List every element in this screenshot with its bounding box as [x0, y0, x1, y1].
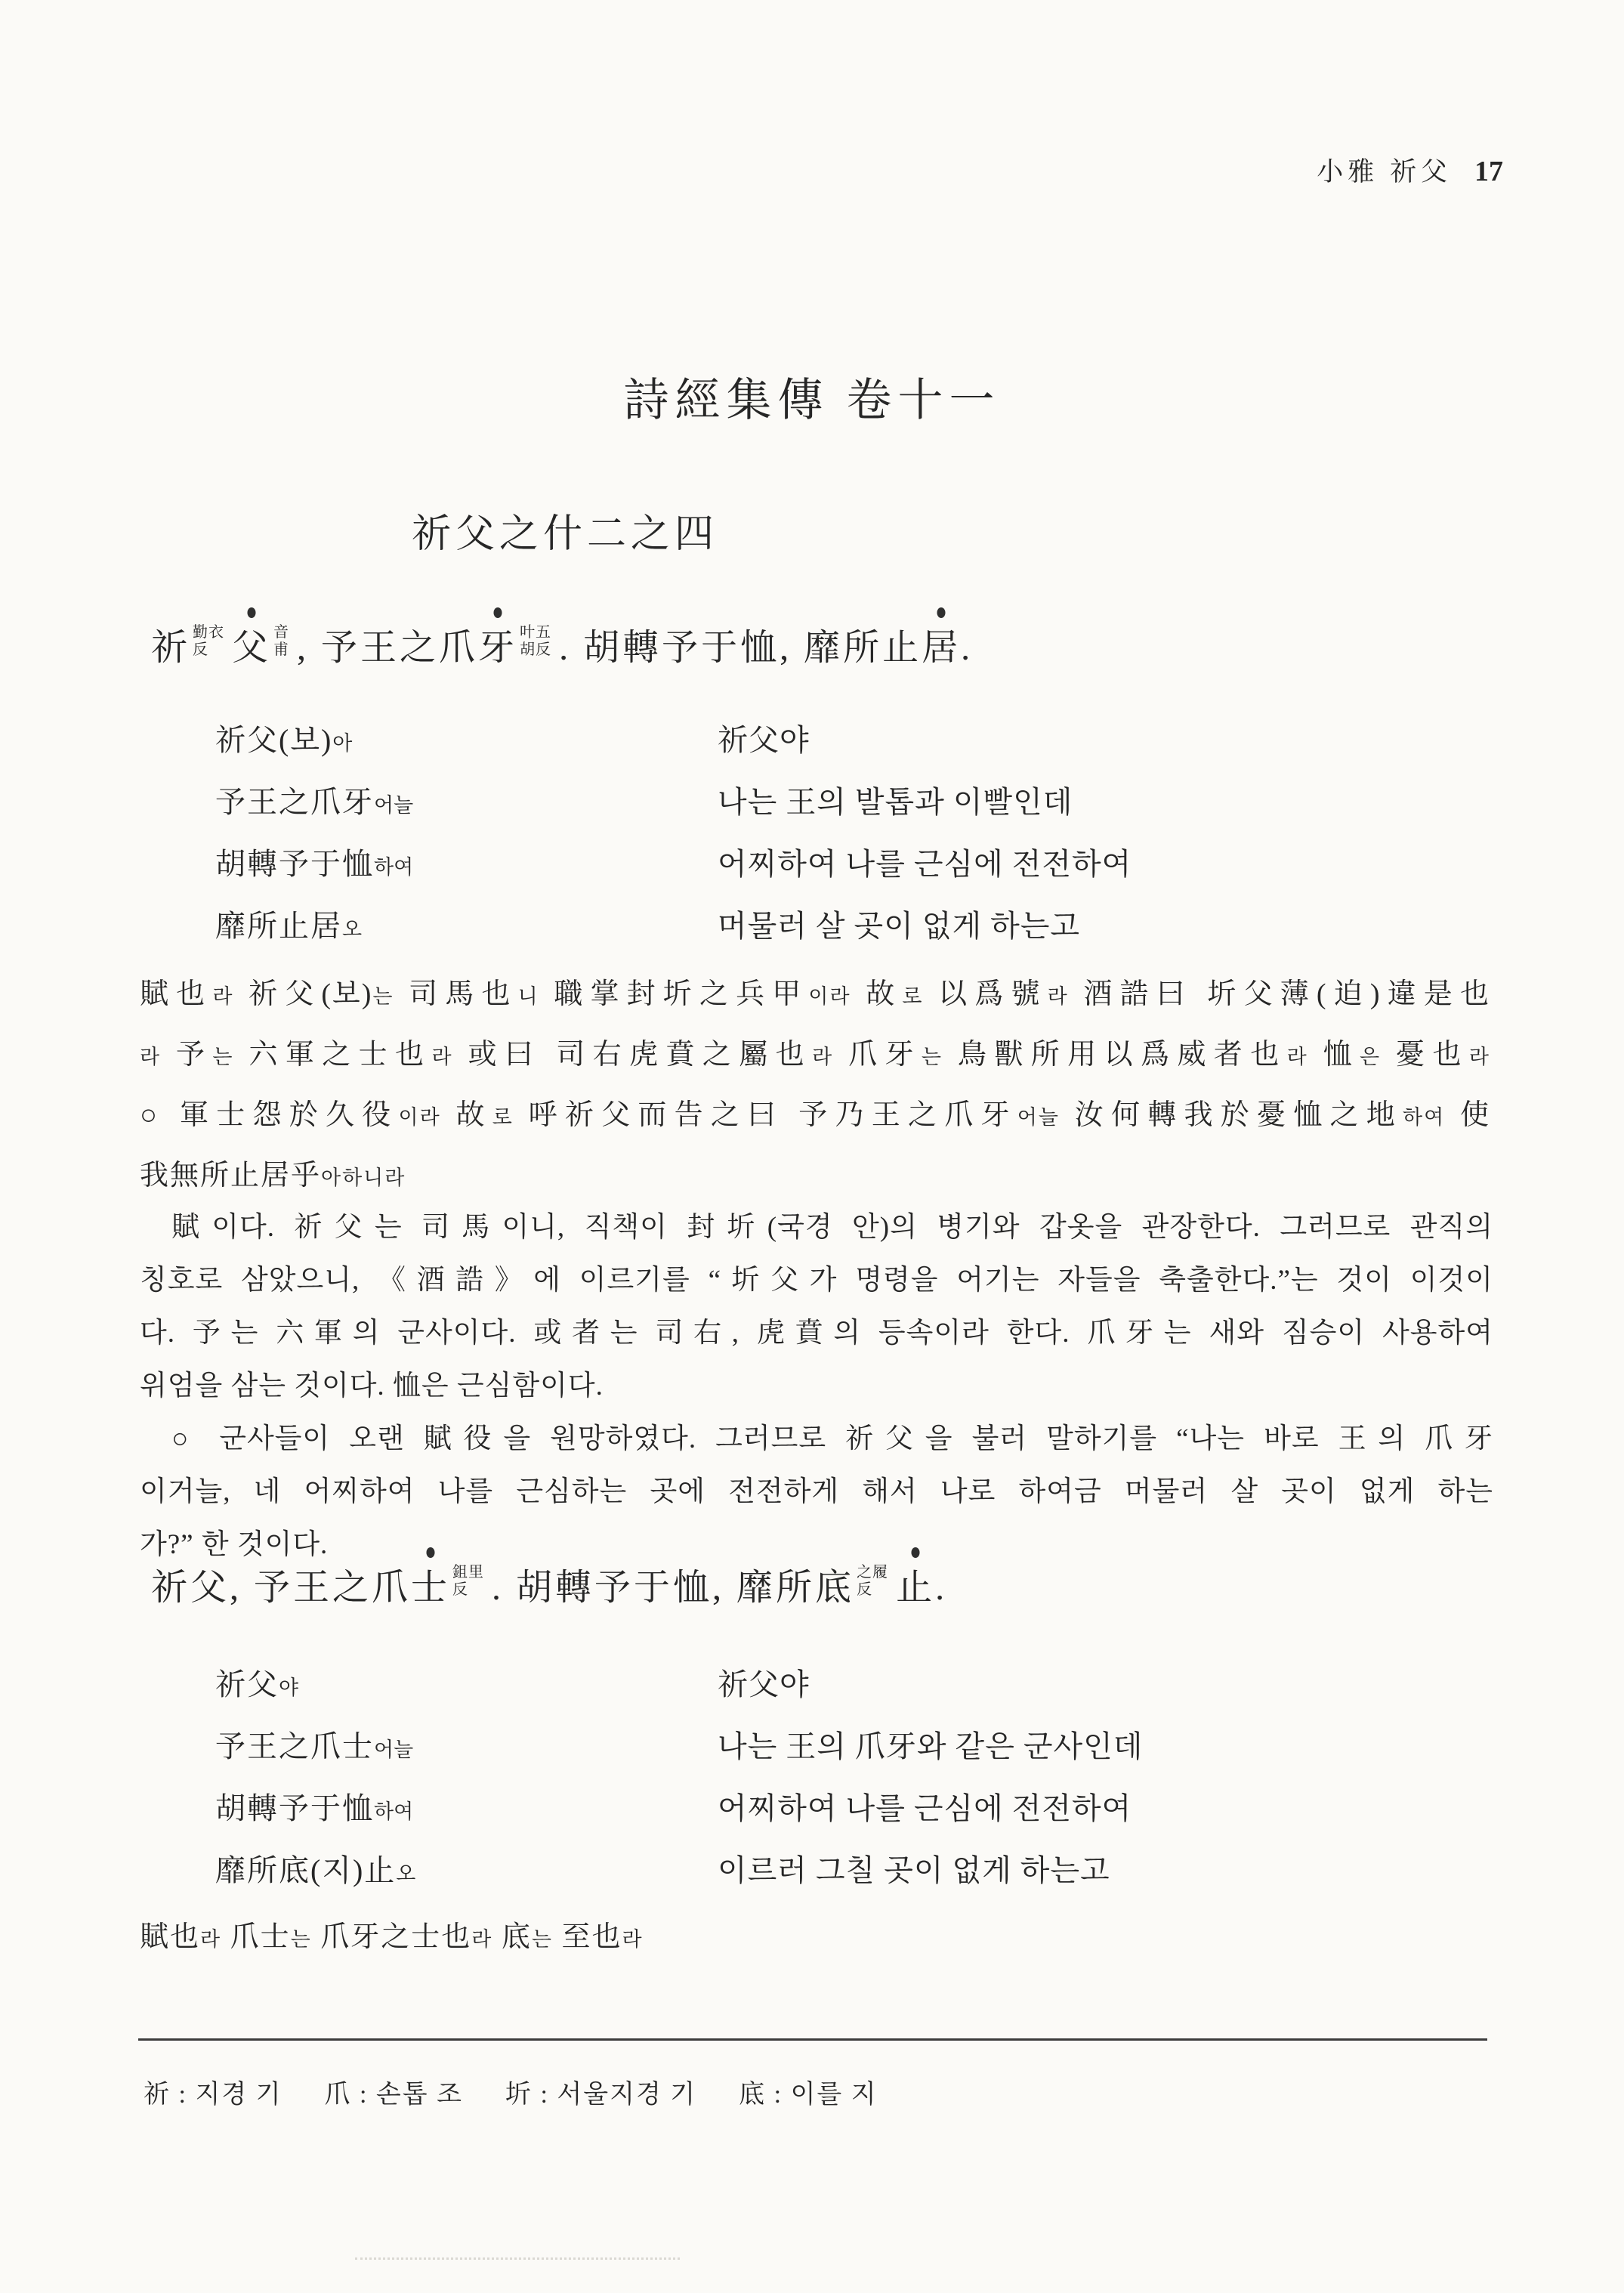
annotation-line: 甫	[273, 641, 289, 659]
volume-title: 詩經集傳 卷十一	[0, 364, 1624, 429]
korean-particle: 이라	[399, 1106, 441, 1129]
korean-commentary-line: 칭호로 삼았으니, 《酒誥》에 이르기를 “圻父가 명령을 어기는 자들을 축출…	[140, 1254, 1493, 1307]
hanmun-phrase: 靡所底(지)止오	[215, 1846, 718, 1890]
annotation-line: 反	[857, 1581, 888, 1599]
hanmun-phrase: 祈父(보)아	[215, 716, 718, 759]
book-page: 小雅 祈父 17 詩經集傳 卷十一 祈父之什二之四 祈勤衣反父音甫, 予王之爪牙…	[0, 0, 1624, 2293]
verse-translation-row: 胡轉予于恤하여어찌하여 나를 근심에 전전하여	[215, 1785, 1514, 1846]
korean-translation: 어찌하여 나를 근심에 전전하여	[718, 1785, 1132, 1828]
hanja-text: 以爲號	[923, 978, 1047, 1010]
hanmun-commentary-line: 我無所止居乎아하니라	[140, 1147, 1490, 1207]
korean-particle: 어늘	[1017, 1106, 1060, 1129]
hanja-text: 我無所止居乎	[140, 1160, 321, 1191]
scan-artifact	[355, 2257, 680, 2260]
hanmun-text: 予王之爪士	[215, 1729, 374, 1763]
glossary-line: 祈 : 지경 기爪 : 손톱 조圻 : 서울지경 기底 : 이를 지	[144, 2073, 878, 2110]
verse-text: . 胡轉予于恤, 靡所	[492, 1558, 815, 1610]
glossary-item: 底 : 이를 지	[739, 2073, 877, 2110]
korean-particle: 로	[492, 1106, 514, 1129]
pronunciation-annotation: 叶五胡反	[520, 621, 551, 662]
korean-translation: 어찌하여 나를 근심에 전전하여	[718, 840, 1132, 883]
verse-text: 祈	[151, 618, 190, 670]
hanja-text: 爪士	[221, 1921, 291, 1953]
hanmun-text: 靡所底(지)止	[215, 1853, 396, 1887]
hanja-text: 酒誥曰 圻父薄(迫)違是也	[1069, 978, 1490, 1010]
korean-particle: 는	[532, 1928, 553, 1951]
hanmun-text: 予王之爪牙	[215, 785, 374, 819]
glossary-item: 圻 : 서울지경 기	[505, 2073, 696, 2110]
korean-particle: 은	[1360, 1046, 1381, 1068]
korean-particle: 아	[332, 732, 352, 755]
korean-commentary-line: 賦이다. 祈父는 司馬이니, 직책이 封圻(국경 안)의 병기와 갑옷을 관장한…	[140, 1201, 1493, 1254]
verse-text: , 予王之爪	[297, 618, 478, 670]
hanmun-phrase: 予王之爪士어늘	[215, 1723, 718, 1766]
korean-particle: 오	[342, 918, 362, 941]
hanmun-text: 胡轉予于恤	[215, 1791, 374, 1825]
footnote-divider	[138, 2038, 1487, 2041]
korean-particle: 하여	[1403, 1106, 1445, 1129]
korean-particle: 라	[140, 1046, 161, 1068]
korean-particle: 는	[372, 985, 394, 1008]
glossary-item: 祈 : 지경 기	[144, 2073, 282, 2110]
hanmun-text: 祈父	[215, 1667, 279, 1701]
verse-text: . 胡轉予于恤, 靡所止	[559, 618, 922, 670]
translation-block-2: 祈父야祈父야予王之爪士어늘나는 王의 爪牙와 같은 군사인데胡轉予于恤하여어찌하…	[215, 1661, 1514, 1908]
korean-translation: 이르러 그칠 곳이 없게 하는고	[718, 1846, 1110, 1890]
hanja-text: 六軍之士也	[234, 1039, 432, 1071]
header-page-number: 17	[1474, 155, 1503, 188]
korean-particle: 라	[812, 1046, 833, 1068]
korean-particle: 라	[471, 1928, 492, 1951]
korean-commentary-line: 이거늘, 네 어찌하여 나를 근심하는 곳에 전전하게 해서 나로 하여금 머물…	[140, 1466, 1493, 1519]
korean-particle: 오	[396, 1862, 415, 1885]
annotation-line: 反	[193, 641, 224, 659]
rhyme-dotted-character: 父	[232, 618, 271, 670]
korean-particle: 라	[200, 1928, 221, 1951]
glossary-item: 爪 : 손톱 조	[324, 2073, 462, 2110]
hanja-text: 予	[161, 1039, 212, 1071]
verse-translation-row: 予王之爪士어늘나는 王의 爪牙와 같은 군사인데	[215, 1723, 1514, 1785]
verse-line-1: 祈勤衣反父音甫, 予王之爪牙叶五胡反. 胡轉予于恤, 靡所止居.	[151, 618, 973, 671]
korean-particle: 어늘	[374, 1738, 413, 1761]
hanja-text: 恤	[1308, 1039, 1360, 1071]
annotation-line: 之履	[857, 1564, 888, 1581]
korean-particle: 는	[922, 1046, 943, 1068]
korean-particle: 이라	[808, 985, 851, 1008]
korean-particle: 라	[431, 1046, 452, 1068]
verse-translation-row: 祈父(보)아祈父야	[215, 716, 1514, 778]
translation-block-1: 祈父(보)아祈父야予王之爪牙어늘나는 王의 발톱과 이빨인데胡轉予于恤하여어찌하…	[215, 716, 1514, 964]
korean-particle: 니	[518, 985, 539, 1008]
korean-translation: 祈父야	[718, 1661, 810, 1704]
hanja-text: ○ 軍士怨於久役	[140, 1099, 399, 1131]
korean-particle: 는	[212, 1046, 233, 1068]
annotation-line: 音	[273, 624, 289, 641]
korean-commentary: 賦이다. 祈父는 司馬이니, 직책이 封圻(국경 안)의 병기와 갑옷을 관장한…	[140, 1201, 1493, 1571]
rhyme-dotted-character: 居	[922, 618, 961, 670]
verse-text: 底	[815, 1558, 854, 1610]
annotation-line: 勤衣	[193, 624, 224, 641]
hanja-text: 使	[1445, 1099, 1490, 1131]
hanja-text: 汝何轉我於憂恤之地	[1060, 1099, 1403, 1131]
annotation-line: 叶五	[520, 624, 551, 641]
hanmun-commentary-line: 라 予는 六軍之士也라 或曰 司右虎賁之屬也라 爪牙는 鳥獸所用以爲威者也라 恤…	[140, 1026, 1490, 1086]
pronunciation-annotation: 鉏里反	[452, 1561, 484, 1602]
verse-line-2: 祈父, 予王之爪士鉏里反. 胡轉予于恤, 靡所底之履反止.	[151, 1558, 947, 1611]
hanja-text: 呼祈父而告之曰 予乃王之爪牙	[514, 1099, 1017, 1131]
korean-translation: 祈父야	[718, 716, 810, 759]
verse-text: .	[935, 1567, 947, 1608]
verse-translation-row: 予王之爪牙어늘나는 王의 발톱과 이빨인데	[215, 778, 1514, 840]
hanmun-commentary-line: ○ 軍士怨於久役이라 故로 呼祈父而告之曰 予乃王之爪牙어늘 汝何轉我於憂恤之地…	[140, 1086, 1490, 1147]
verse-translation-row: 靡所止居오머물러 살 곳이 없게 하는고	[215, 902, 1514, 964]
korean-translation: 머물러 살 곳이 없게 하는고	[718, 902, 1080, 945]
verse-text: 祈父, 予王之爪	[151, 1558, 411, 1610]
hanja-text: 爪牙之士也	[312, 1921, 472, 1953]
rhyme-dotted-character: 止	[896, 1558, 935, 1610]
korean-commentary-line: 위엄을 삼는 것이다. 恤은 근심함이다.	[140, 1360, 1493, 1413]
annotation-line: 胡反	[520, 641, 551, 659]
header-section-title: 小雅 祈父	[1317, 151, 1452, 189]
korean-particle: 하여	[374, 856, 413, 879]
korean-particle: 야	[279, 1676, 298, 1699]
hanmun-phrase: 祈父야	[215, 1661, 718, 1704]
verse-translation-row: 祈父야祈父야	[215, 1661, 1514, 1723]
hanja-text: 爪牙	[833, 1039, 922, 1071]
verse-text: .	[961, 627, 973, 669]
hanmun-phrase: 胡轉予于恤하여	[215, 840, 718, 883]
korean-particle: 아하니라	[321, 1167, 406, 1189]
pronunciation-annotation: 勤衣反	[193, 621, 224, 662]
korean-commentary-line: ○ 군사들이 오랜 賦役을 원망하였다. 그러므로 祈父을 불러 말하기를 “나…	[140, 1413, 1493, 1466]
hanja-text: 至也	[553, 1921, 622, 1953]
annotation-line: 反	[452, 1581, 484, 1599]
hanja-text: 故	[851, 978, 903, 1010]
hanja-text: 底	[492, 1921, 532, 1953]
korean-translation: 나는 王의 爪牙와 같은 군사인데	[718, 1723, 1143, 1766]
section-subtitle: 祈父之什二之四	[412, 502, 718, 558]
hanja-text: 或曰 司右虎賁之屬也	[453, 1039, 813, 1071]
hanmun-phrase: 胡轉予于恤하여	[215, 1785, 718, 1828]
korean-particle: 로	[902, 985, 923, 1008]
rhyme-dotted-character: 牙	[478, 618, 517, 670]
korean-particle: 라	[1048, 985, 1069, 1008]
hanja-text: 賦也	[140, 1921, 200, 1953]
hanmun-text: 祈父(보)	[215, 723, 332, 757]
hanja-text: 司馬也	[394, 978, 517, 1010]
korean-particle: 라	[622, 1928, 643, 1951]
korean-particle: 어늘	[374, 794, 413, 817]
korean-particle: 라	[212, 985, 233, 1008]
hanja-text: 祈父(보)	[233, 978, 372, 1010]
hanmun-text: 胡轉予于恤	[215, 847, 374, 881]
hanja-text: 職掌封圻之兵甲	[539, 978, 809, 1010]
verse-translation-row: 胡轉予于恤하여어찌하여 나를 근심에 전전하여	[215, 840, 1514, 902]
hanmun-commentary-2: 賦也라 爪士는 爪牙之士也라 底는 至也라	[140, 1913, 1490, 1955]
hanja-text: 故	[441, 1099, 492, 1131]
pronunciation-annotation: 之履反	[857, 1561, 888, 1602]
hanmun-phrase: 予王之爪牙어늘	[215, 778, 718, 821]
annotation-line: 鉏里	[452, 1564, 484, 1581]
hanmun-text: 靡所止居	[215, 909, 342, 943]
rhyme-dotted-character: 士	[411, 1558, 450, 1610]
page-header: 小雅 祈父 17	[1317, 151, 1503, 189]
hanja-text: 鳥獸所用以爲威者也	[943, 1039, 1287, 1071]
verse-translation-row: 靡所底(지)止오이르러 그칠 곳이 없게 하는고	[215, 1846, 1514, 1908]
korean-particle: 는	[291, 1928, 312, 1951]
hanja-text: 賦也	[140, 978, 212, 1010]
korean-commentary-line: 다. 予는 六軍의 군사이다. 或者는 司右, 虎賁의 등속이라 한다. 爪牙는…	[140, 1307, 1493, 1360]
hanmun-commentary-line: 賦也라 祈父(보)는 司馬也니 職掌封圻之兵甲이라 故로 以爲號라 酒誥曰 圻父…	[140, 966, 1490, 1026]
korean-particle: 하여	[374, 1800, 413, 1823]
korean-translation: 나는 王의 발톱과 이빨인데	[718, 778, 1073, 821]
hanja-text: 憂也	[1381, 1039, 1469, 1071]
pronunciation-annotation: 音甫	[273, 621, 289, 662]
korean-particle: 라	[1469, 1046, 1490, 1068]
hanmun-phrase: 靡所止居오	[215, 902, 718, 945]
hanmun-commentary-1: 賦也라 祈父(보)는 司馬也니 職掌封圻之兵甲이라 故로 以爲號라 酒誥曰 圻父…	[140, 966, 1490, 1207]
korean-particle: 라	[1287, 1046, 1308, 1068]
